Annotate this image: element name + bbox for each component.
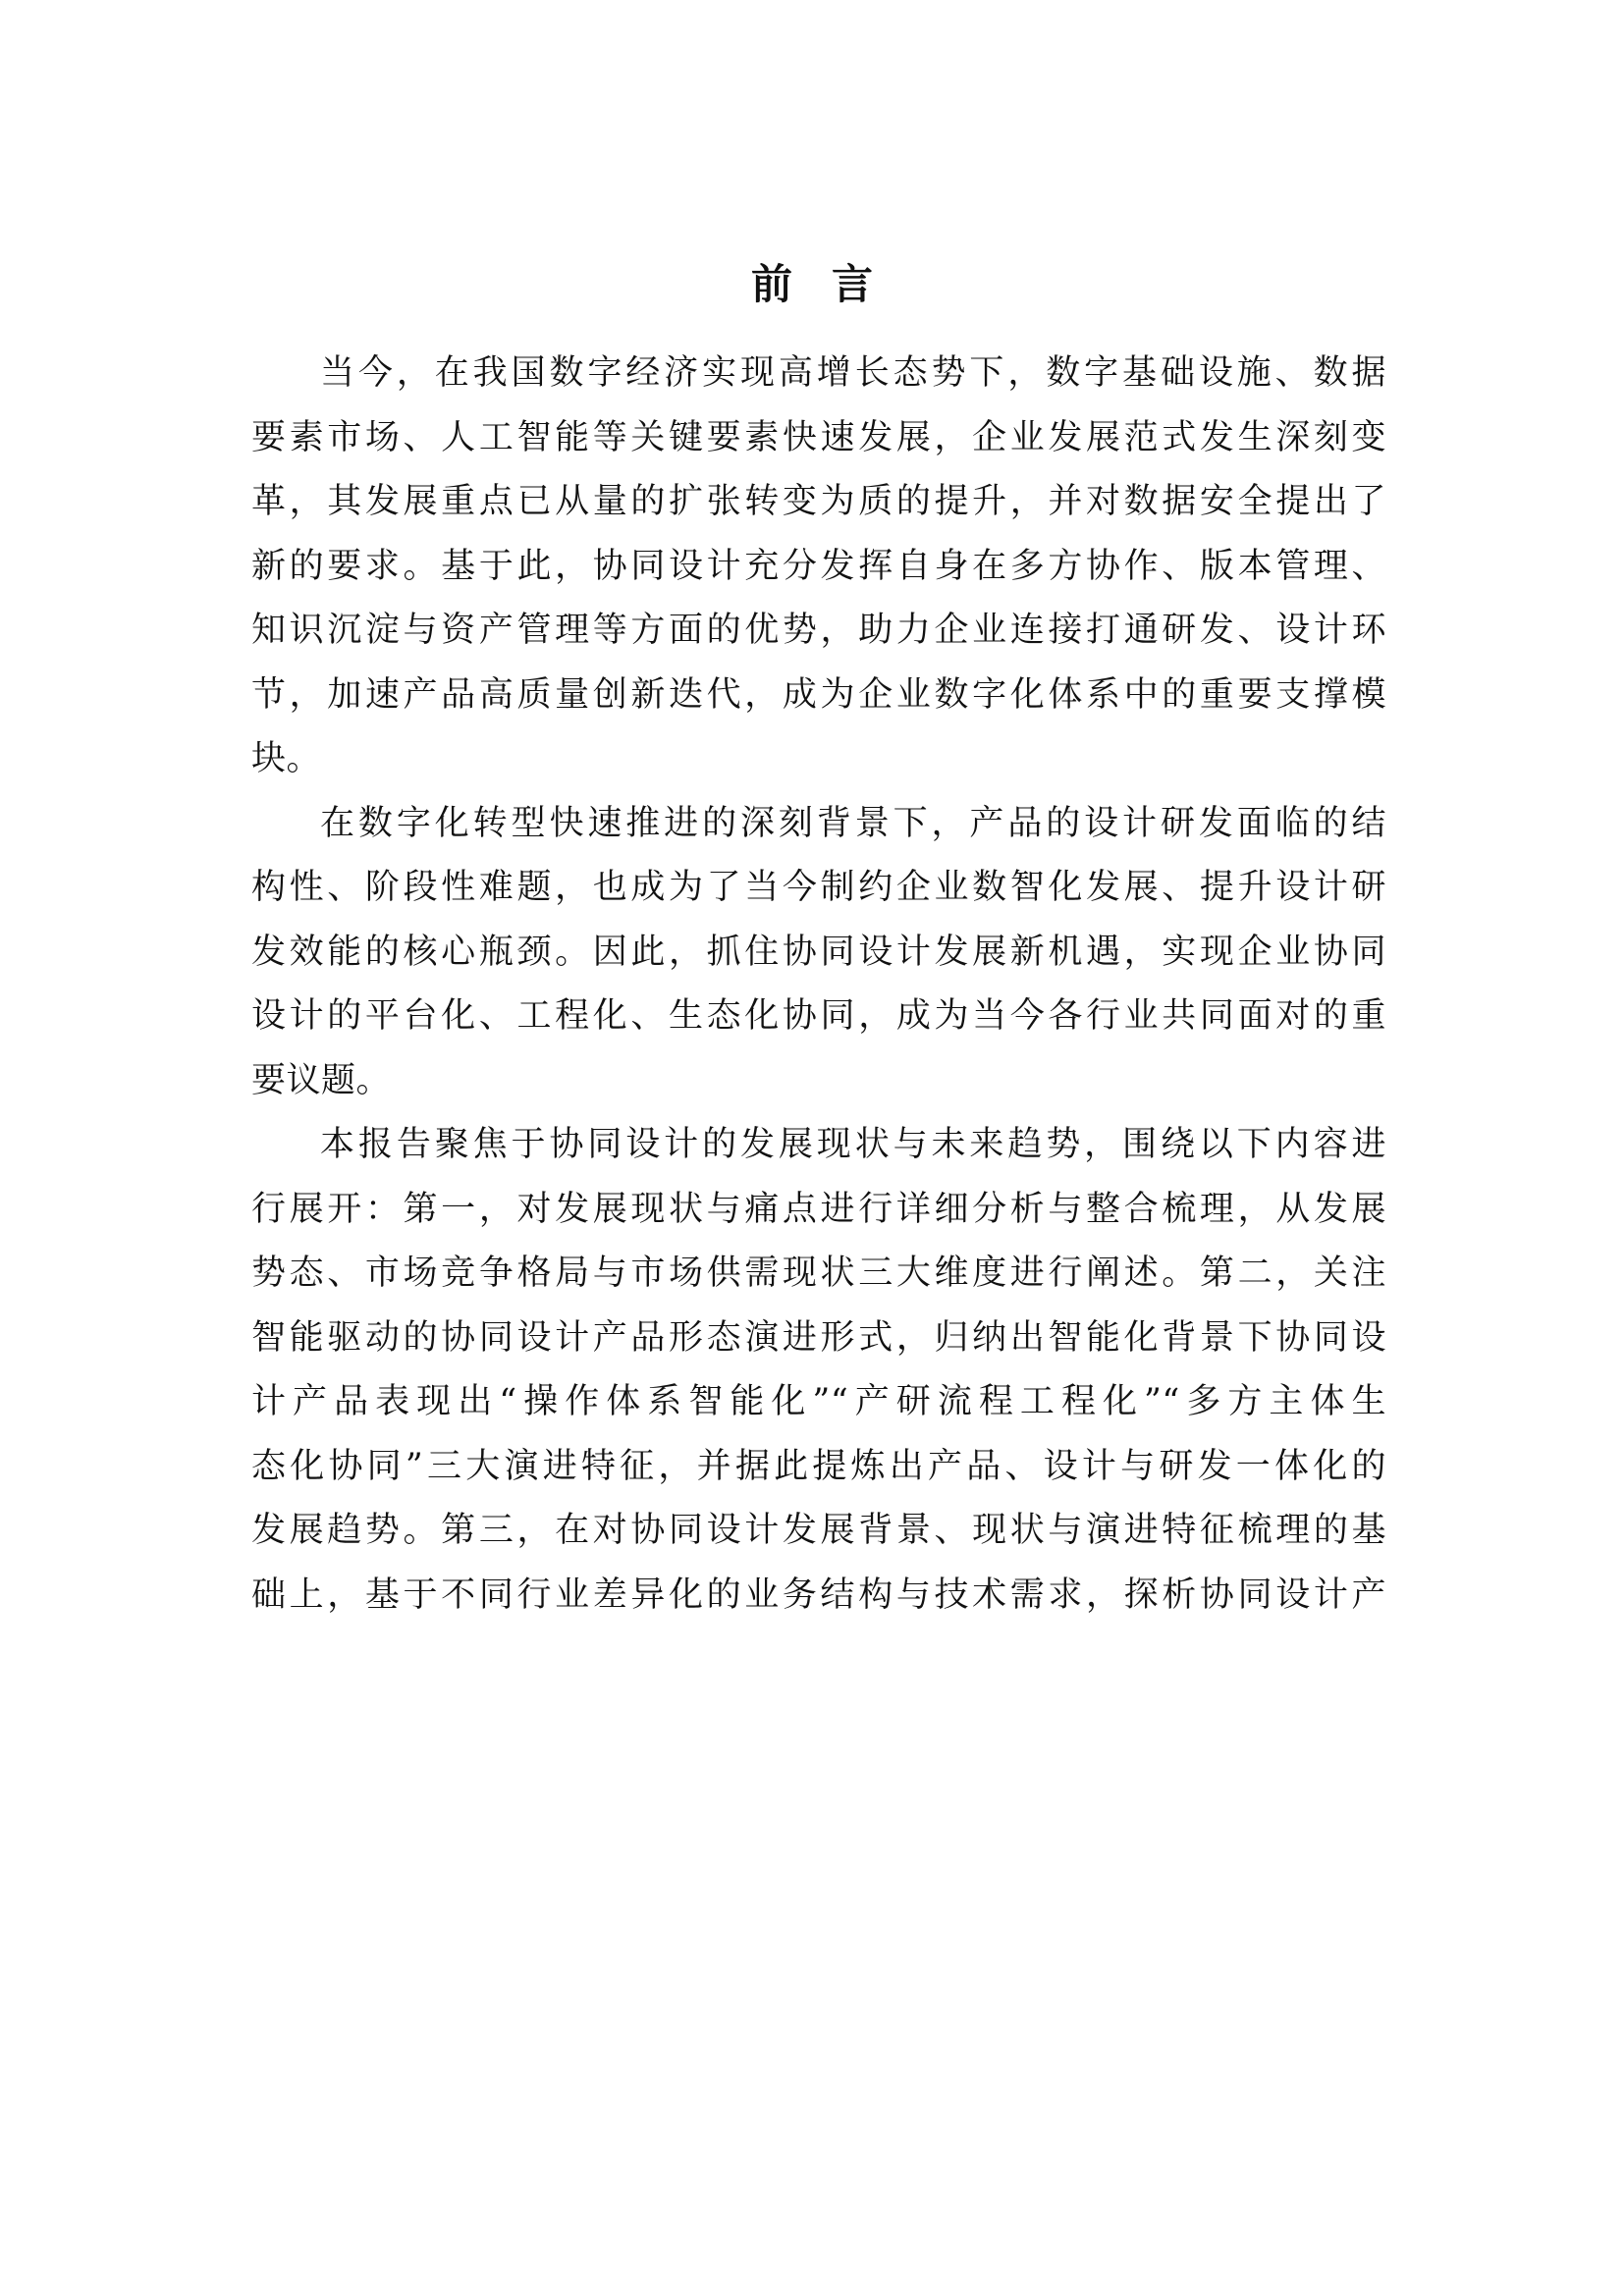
document-page: 前言 当今，在我国数字经济实现高增长态势下，数字基础设施、数据 要素市场、人工智… xyxy=(0,0,1624,2296)
paragraph-1: 当今，在我国数字经济实现高增长态势下，数字基础设施、数据 要素市场、人工智能等关… xyxy=(251,342,1386,792)
text-line: 计产品表现出“操作体系智能化”“产研流程工程化”“多方主体生 xyxy=(251,1370,1386,1435)
text-line: 要议题。 xyxy=(251,1049,1386,1114)
text-line: 要素市场、人工智能等关键要素快速发展，企业发展范式发生深刻变 xyxy=(251,406,1386,471)
text-line: 新的要求。基于此，协同设计充分发挥自身在多方协作、版本管理、 xyxy=(251,535,1386,600)
document-body: 当今，在我国数字经济实现高增长态势下，数字基础设施、数据 要素市场、人工智能等关… xyxy=(251,342,1386,1628)
text-line: 发展趋势。第三，在对协同设计发展背景、现状与演进特征梳理的基 xyxy=(251,1499,1386,1564)
text-line: 当今，在我国数字经济实现高增长态势下，数字基础设施、数据 xyxy=(251,342,1386,406)
text-line: 势态、市场竞争格局与市场供需现状三大维度进行阐述。第二，关注 xyxy=(251,1242,1386,1307)
text-line: 智能驱动的协同设计产品形态演进形式，归纳出智能化背景下协同设 xyxy=(251,1307,1386,1371)
text-line: 发效能的核心瓶颈。因此，抓住协同设计发展新机遇，实现企业协同 xyxy=(251,921,1386,986)
text-line: 革，其发展重点已从量的扩张转变为质的提升，并对数据安全提出了 xyxy=(251,470,1386,535)
text-line: 设计的平台化、工程化、生态化协同，成为当今各行业共同面对的重 xyxy=(251,985,1386,1049)
text-line: 节，加速产品高质量创新迭代，成为企业数字化体系中的重要支撑模 xyxy=(251,664,1386,728)
text-line: 本报告聚焦于协同设计的发展现状与未来趋势，围绕以下内容进 xyxy=(251,1113,1386,1178)
text-line: 在数字化转型快速推进的深刻背景下，产品的设计研发面临的结 xyxy=(251,792,1386,857)
page-title: 前言 xyxy=(0,257,1624,312)
paragraph-2: 在数字化转型快速推进的深刻背景下，产品的设计研发面临的结 构性、阶段性难题，也成… xyxy=(251,792,1386,1114)
text-line: 块。 xyxy=(251,727,1386,792)
text-line: 础上，基于不同行业差异化的业务结构与技术需求，探析协同设计产 xyxy=(251,1564,1386,1629)
paragraph-3: 本报告聚焦于协同设计的发展现状与未来趋势，围绕以下内容进 行展开：第一，对发展现… xyxy=(251,1113,1386,1628)
text-line: 知识沉淀与资产管理等方面的优势，助力企业连接打通研发、设计环 xyxy=(251,599,1386,664)
text-line: 行展开：第一，对发展现状与痛点进行详细分析与整合梳理，从发展 xyxy=(251,1178,1386,1243)
text-line: 态化协同”三大演进特征，并据此提炼出产品、设计与研发一体化的 xyxy=(251,1435,1386,1500)
text-line: 构性、阶段性难题，也成为了当今制约企业数智化发展、提升设计研 xyxy=(251,856,1386,921)
